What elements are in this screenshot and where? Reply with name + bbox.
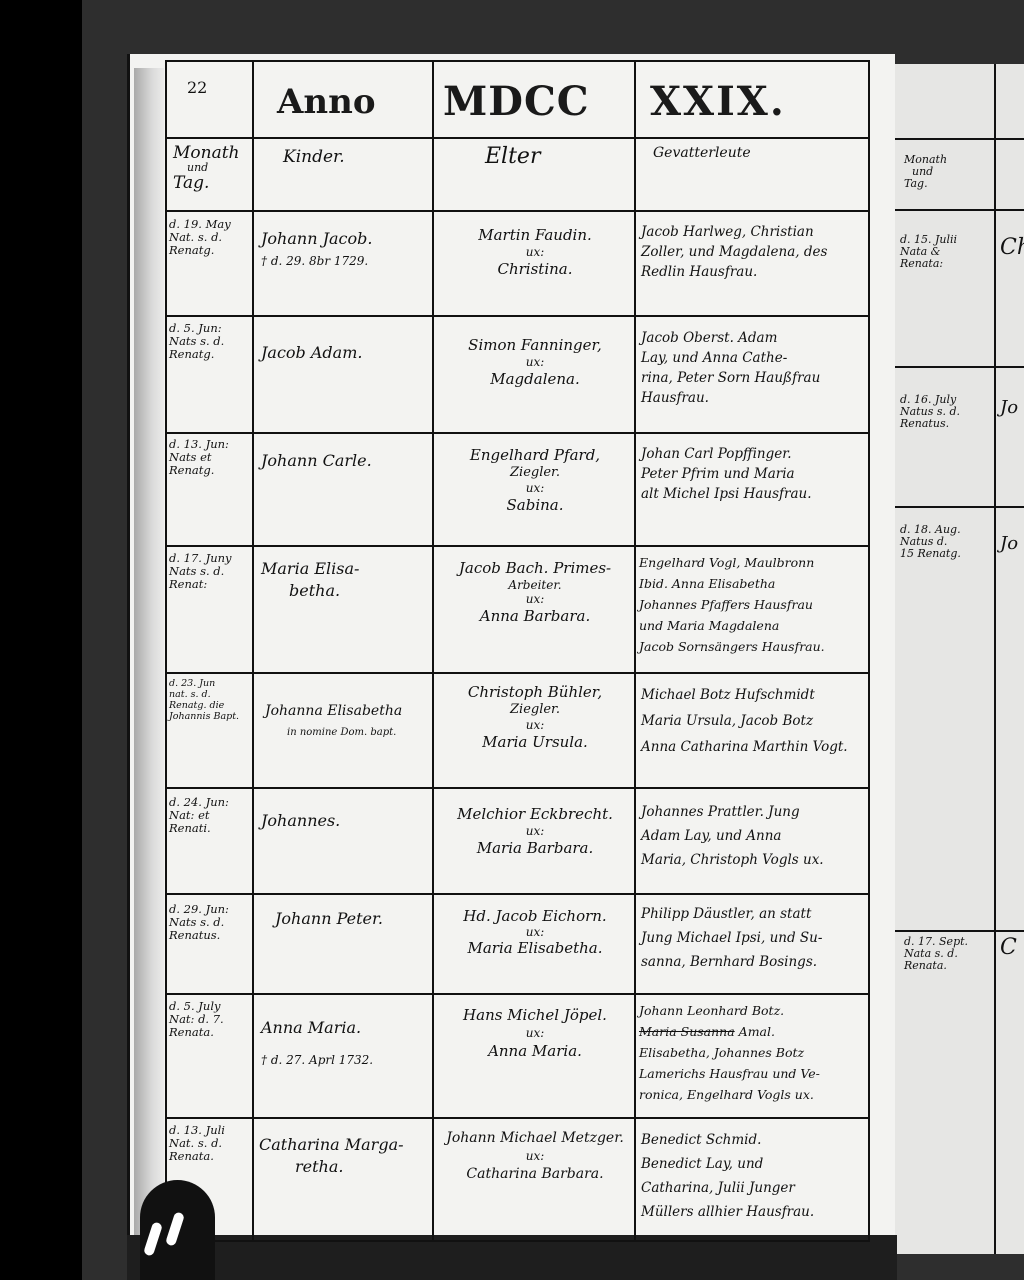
register-table: 22 Anno MDCC XXIX. Monath und Tag. Kinde… [165,60,870,1242]
mother-name: Maria Barbara. [435,838,635,858]
adjacent-header-line: Tag. [904,178,947,190]
entry-date: d. 13. Jun: Nats et Renatg. [169,438,229,477]
godparent-line: alt Michel Ipsi Hausfrau. [641,484,812,504]
column-header-children: Kinder. [283,148,345,166]
row-rule [165,315,870,317]
entry-child: Johannes. [261,810,340,832]
page-number: 22 [187,78,207,97]
adjacent-row-rule [894,209,1024,211]
uxor-abbrev: ux: [435,1148,635,1164]
entry-date: d. 13. Juli Nat. s. d. Renata. [169,1124,225,1163]
date-line: Renata. [169,1026,224,1039]
mother-name: Sabina. [435,495,635,515]
uxor-abbrev: ux: [435,481,635,495]
godparent-line: ronica, Engelhard Vogls ux. [639,1084,820,1105]
date-line: Renat: [169,578,232,591]
entry-date: d. 5. Jun: Nats s. d. Renatg. [169,322,224,361]
entry-child: Jacob Adam. [261,342,362,364]
uxor-abbrev: ux: [435,592,635,606]
entry-child: Johanna Elisabetha in nomine Dom. bapt. [265,700,402,744]
row-rule [165,893,870,895]
entry-parents: Simon Fanninger, ux: Magdalena. [435,335,635,389]
father-name: Hans Michel Jöpel. [435,1004,635,1026]
child-name: Maria Elisa- [261,558,359,580]
godparent-line: Johan Carl Popffinger. [641,444,812,464]
father-name: Simon Fanninger, [435,335,635,355]
entry-child: Johann Peter. [275,908,383,930]
column-rule [252,60,254,1242]
godparent-line: Jacob Sornsängers Hausfrau. [639,636,825,657]
uxor-abbrev: ux: [435,824,635,838]
godparent-line: Jung Michael Ipsi, und Su- [641,926,822,950]
godparent-line: Müllers allhier Hausfrau. [641,1200,814,1224]
father-name: Engelhard Pfard, [435,445,635,465]
entry-child: Catharina Marga- retha. [259,1134,404,1178]
mother-name: Magdalena. [435,369,635,389]
child-name: Jacob Adam. [261,342,362,364]
child-name: Johann Carle. [261,450,372,472]
entry-godparents: Michael Botz Hufschmidt Maria Ursula, Ja… [641,682,848,760]
adjacent-entry-date: d. 18. Aug. Natus d. 15 Renatg. [900,524,961,560]
adjacent-entry-date: d. 17. Sept. Nata s. d. Renata. [904,936,968,972]
row-rule [165,545,870,547]
adjacent-row-rule [894,138,1024,140]
row-rule [165,210,870,212]
father-occupation: Ziegler. [435,702,635,718]
adjacent-child-initial: Ch [1000,242,1024,254]
entry-date: d. 23. Jun nat. s. d. Renatg. die Johann… [169,678,239,722]
father-occupation: Ziegler. [435,465,635,481]
entry-parents: Hd. Jacob Eichorn. ux: Maria Elisabetha. [435,906,635,958]
godparent-line: Benedict Schmid. [641,1128,814,1152]
entry-godparents: Johann Leonhard Botz. Maria Susanna Amal… [639,1000,820,1105]
child-death-note: † d. 27. Aprl 1732. [261,1044,373,1076]
column-header-parents: Elter [485,148,540,166]
godparent-line: rina, Peter Sorn Haußfrau [641,368,820,388]
adjacent-date-line: 15 Renatg. [900,548,961,560]
entry-parents: Melchior Eckbrecht. ux: Maria Barbara. [435,804,635,858]
child-name: Johannes. [261,810,340,832]
godparent-line: Peter Pfrim und Maria [641,464,812,484]
uxor-abbrev: ux: [435,926,635,938]
godparent-line: Benedict Lay, und [641,1152,814,1176]
godparent-line: Elisabetha, Johannes Botz [639,1042,820,1063]
column-header-date: Monath und Tag. [173,144,240,192]
entry-date: d. 29. Jun: Nats s. d. Renatus. [169,903,229,942]
scan-edge-black-strip [0,0,82,1280]
struck-out-text: Maria Susanna [639,1024,735,1039]
date-line: Renati. [169,822,229,835]
entry-godparents: Johannes Prattler. Jung Adam Lay, und An… [641,800,824,872]
date-line: Renatg. [169,348,224,361]
godparent-line: und Maria Magdalena [639,615,825,636]
adjacent-date-line: Renata. [904,960,968,972]
entry-parents: Christoph Bühler, Ziegler. ux: Maria Urs… [435,682,635,752]
date-line: Johannis Bapt. [169,711,239,722]
date-line: Renata. [169,1150,225,1163]
godparent-line: Michael Botz Hufschmidt [641,682,848,708]
godparent-line: Hausfrau. [641,388,820,408]
godparent-line: Maria, Christoph Vogls ux. [641,848,824,872]
adjacent-entry-date: d. 15. Julii Nata & Renata: [900,234,957,270]
child-name: Anna Maria. [261,1012,373,1044]
godparent-line: Engelhard Vogl, Maulbronn [639,552,825,573]
child-name: Catharina Marga- [259,1134,404,1156]
adjacent-page: Monath und Tag. d. 15. Julii Nata & Rena… [890,64,1024,1254]
child-death-note: † d. 29. 8br 1729. [261,250,372,272]
godparent-line: Redlin Hausfrau. [641,262,827,282]
father-name: Jacob Bach. Primes- [435,558,635,578]
title-anno: Anno [277,82,376,122]
child-name: Johann Peter. [275,908,383,930]
godparent-line: Lay, und Anna Cathe- [641,348,820,368]
entry-parents: Jacob Bach. Primes- Arbeiter. ux: Anna B… [435,558,635,626]
adjacent-date-line: Renata: [900,258,957,270]
entry-parents: Johann Michael Metzger. ux: Catharina Ba… [435,1128,635,1184]
entry-godparents: Philipp Däustler, an statt Jung Michael … [641,902,822,974]
child-baptism-note: in nomine Dom. bapt. [265,722,402,744]
date-line: nat. s. d. [169,689,239,700]
date-line: Renatus. [169,929,229,942]
row-rule [165,137,870,139]
entry-parents: Hans Michel Jöpel. ux: Anna Maria. [435,1004,635,1062]
father-occupation: Arbeiter. [435,578,635,592]
entry-godparents: Engelhard Vogl, Maulbronn Ibid. Anna Eli… [639,552,825,657]
mother-name: Christina. [435,259,635,279]
date-line: Renatg. [169,464,229,477]
adjacent-date-line: Renatus. [900,418,960,430]
father-name: Hd. Jacob Eichorn. [435,906,635,926]
entry-child: Johann Carle. [261,450,372,472]
godparent-line: Lamerichs Hausfrau und Ve- [639,1063,820,1084]
date-line: d. 23. Jun [169,678,239,689]
father-name: Martin Faudin. [435,225,635,245]
godparent-line: Jacob Harlweg, Christian [641,222,827,242]
godparent-line: Johannes Prattler. Jung [641,800,824,824]
date-line: Renatg. [169,244,231,257]
column-header-godparents: Gevatterleute [653,144,751,162]
entry-date: d. 5. July Nat: d. 7. Renata. [169,1000,224,1039]
row-rule [165,1117,870,1119]
godparent-line: Catharina, Julii Junger [641,1176,814,1200]
header-line: Tag. [173,174,240,192]
entry-godparents: Jacob Harlweg, Christian Zoller, und Mag… [641,222,827,282]
mother-name: Maria Ursula. [435,732,635,752]
adjacent-header: Monath und Tag. [904,154,947,190]
child-name: Johann Jacob. [261,228,372,250]
child-name: retha. [259,1156,404,1178]
adjacent-row-rule [894,366,1024,368]
row-rule [165,672,870,674]
entry-godparents: Jacob Oberst. Adam Lay, und Anna Cathe- … [641,328,820,408]
entry-child: Anna Maria. † d. 27. Aprl 1732. [261,1012,373,1076]
row-rule [165,787,870,789]
godparent-line: Ibid. Anna Elisabetha [639,573,825,594]
godparent-line: Jacob Oberst. Adam [641,328,820,348]
entry-godparents: Johan Carl Popffinger. Peter Pfrim und M… [641,444,812,504]
godparent-line: Johann Leonhard Botz. [639,1000,820,1021]
father-name: Johann Michael Metzger. [435,1128,635,1148]
entry-date: d. 19. May Nat. s. d. Renatg. [169,218,231,257]
godparent-line: Johannes Pfaffers Hausfrau [639,594,825,615]
child-name: Johanna Elisabetha [265,700,402,722]
column-rule [165,60,167,1242]
godparent-line: Zoller, und Magdalena, des [641,242,827,262]
adjacent-column-rule [994,64,996,1254]
row-rule [165,60,870,62]
entry-date: d. 24. Jun: Nat: et Renati. [169,796,229,835]
uxor-abbrev: ux: [435,718,635,732]
adjacent-child-initial: Jo [1000,538,1018,550]
father-name: Melchior Eckbrecht. [435,804,635,824]
godparent-line: Adam Lay, und Anna [641,824,824,848]
row-rule [165,1240,870,1242]
adjacent-row-rule [894,506,1024,508]
entry-child: Maria Elisa- betha. [261,558,359,602]
title-year-part1: MDCC [443,78,590,125]
column-rule [432,60,434,1242]
mother-name: Catharina Barbara. [435,1164,635,1184]
row-rule [165,993,870,995]
godparent-line: Philipp Däustler, an statt [641,902,822,926]
mother-name: Anna Barbara. [435,606,635,626]
father-name: Christoph Bühler, [435,682,635,702]
entry-godparents: Benedict Schmid. Benedict Lay, und Catha… [641,1128,814,1224]
entry-child: Johann Jacob. † d. 29. 8br 1729. [261,228,372,272]
uxor-abbrev: ux: [435,355,635,369]
adjacent-child-initial: C [1000,942,1017,954]
uxor-abbrev: ux: [435,1026,635,1040]
entry-date: d. 17. Juny Nats s. d. Renat: [169,552,232,591]
uxor-abbrev: ux: [435,245,635,259]
title-year-part2: XXIX. [650,78,786,125]
column-rule [868,60,870,1242]
godparent-line: Maria Susanna Amal. [639,1021,820,1042]
adjacent-child-initial: Jo [1000,402,1018,414]
godparent-line: Anna Catharina Marthin Vogt. [641,734,848,760]
mother-name: Anna Maria. [435,1040,635,1062]
child-name: betha. [261,580,359,602]
adjacent-entry-date: d. 16. July Natus s. d. Renatus. [900,394,960,430]
godparent-line: Maria Ursula, Jacob Botz [641,708,848,734]
row-rule [165,432,870,434]
entry-parents: Engelhard Pfard, Ziegler. ux: Sabina. [435,445,635,515]
header-line: Monath [173,144,240,162]
godparent-line: sanna, Bernhard Bosings. [641,950,822,974]
entry-parents: Martin Faudin. ux: Christina. [435,225,635,279]
date-line: Renatg. die [169,700,239,711]
mother-name: Maria Elisabetha. [435,938,635,958]
adjacent-row-rule [894,930,1024,932]
